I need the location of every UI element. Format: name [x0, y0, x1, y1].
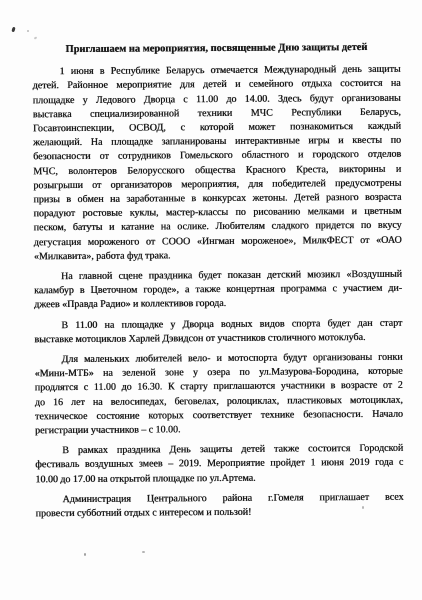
- document-content: Приглашаем на мероприятия, посвященные Д…: [32, 41, 403, 528]
- scan-artifact: [34, 36, 38, 39]
- text-line: джеев «Правда Радио» и коллективов город…: [34, 296, 402, 313]
- paragraph: Для маленьких любителей вело- и мотоспор…: [34, 351, 403, 439]
- text-line: провести субботний отдых с интересом и п…: [36, 505, 404, 522]
- text-line: фестиваль воздушных змеев – 2019. Меропр…: [35, 456, 403, 473]
- paragraph: На главной сцене праздника будет показан…: [34, 268, 402, 313]
- scan-artifact: [84, 553, 86, 556]
- text-line: 10.00 до 17.00 на открытой площадке по у…: [35, 470, 403, 487]
- scan-artifact: [27, 30, 29, 32]
- text-line: «Милкавита», работа фуд трака.: [34, 248, 402, 265]
- document-title: Приглашаем на мероприятия, посвященные Д…: [32, 41, 400, 58]
- text-line: техническое состояние которых соответств…: [35, 408, 403, 425]
- text-line: Администрация Центрального района г.Гоме…: [35, 491, 403, 508]
- paragraph: 1 июня в Республике Беларусь отмечается …: [32, 63, 401, 264]
- document-page: Приглашаем на мероприятия, посвященные Д…: [0, 0, 422, 600]
- document-body: 1 июня в Республике Беларусь отмечается …: [32, 63, 403, 522]
- text-line: дегустация мороженого от СООО «Ингман мо…: [34, 233, 402, 250]
- paragraph: Администрация Центрального района г.Гоме…: [35, 491, 403, 522]
- text-line: выставке мотоциклов Харлей Дэвидсон от у…: [34, 331, 402, 348]
- paragraph: В рамках праздника День защиты детей так…: [35, 442, 403, 487]
- paragraph: В 11.00 на площадке у Дворца водных видо…: [34, 316, 402, 347]
- text-line: регистрации участников – с 10.00.: [35, 422, 403, 439]
- scan-artifact: [11, 27, 15, 33]
- scan-artifact: [142, 551, 145, 553]
